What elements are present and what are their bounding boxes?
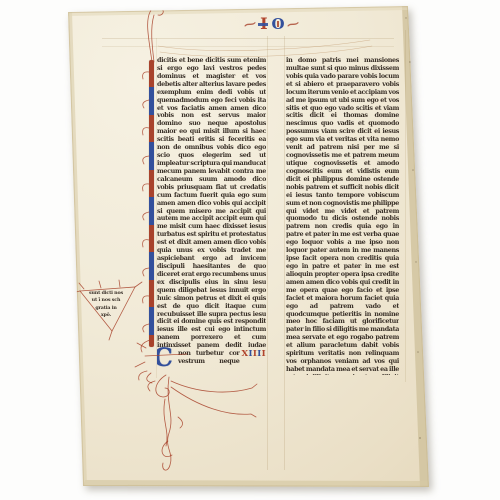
ruling-line (102, 38, 394, 39)
marginal-gloss: sunt dicti nos ut ī nos sch gratia in xp… (77, 290, 135, 320)
red-blue-initial-bar (149, 60, 155, 347)
ruling-line (267, 36, 268, 470)
parchment-surface: ~ I O ~ dicitis et bene dicitis sum eten… (0, 0, 500, 500)
gloss-line: xpō. (77, 312, 135, 319)
chapter-initial-letter: C (157, 347, 173, 368)
chapter-opening: C XIIIInon turbetur cor vestrum neque fo… (178, 350, 266, 367)
ruling-line (405, 30, 406, 382)
gloss-line: sunt dicti nos (77, 290, 135, 297)
gloss-line: gratia in (77, 305, 135, 312)
gothic-text-left: dicitis et bene dicitis sum etenim si er… (157, 57, 266, 350)
chapter-numeral: XIIII (241, 350, 266, 358)
running-title: ~ I O ~ (245, 13, 298, 35)
text-column-left: dicitis et bene dicitis sum etenim si er… (157, 57, 266, 368)
penwork-squiggle-icon: ~ (241, 16, 259, 31)
running-title-letter-o: O (272, 16, 285, 32)
ruling-line (102, 46, 394, 47)
penwork-squiggle-icon: ~ (284, 16, 302, 31)
running-title-letter-i: I (260, 16, 267, 32)
text-column-right: in domo patris mei mansiones multae sunt… (286, 57, 399, 375)
ruling-line (284, 36, 285, 470)
chapter-opening-text: XIIIInon turbetur cor vestrum neque form… (178, 350, 266, 366)
manuscript-leaf: ~ I O ~ dicitis et bene dicitis sum eten… (0, 0, 500, 500)
gothic-text-right: in domo patris mei mansiones multae sunt… (286, 57, 399, 375)
numeral-letter: I (262, 350, 266, 359)
gloss-line: ut ī nos sch (77, 297, 135, 304)
photo-background: ~ I O ~ dicitis et bene dicitis sum eten… (0, 0, 500, 500)
